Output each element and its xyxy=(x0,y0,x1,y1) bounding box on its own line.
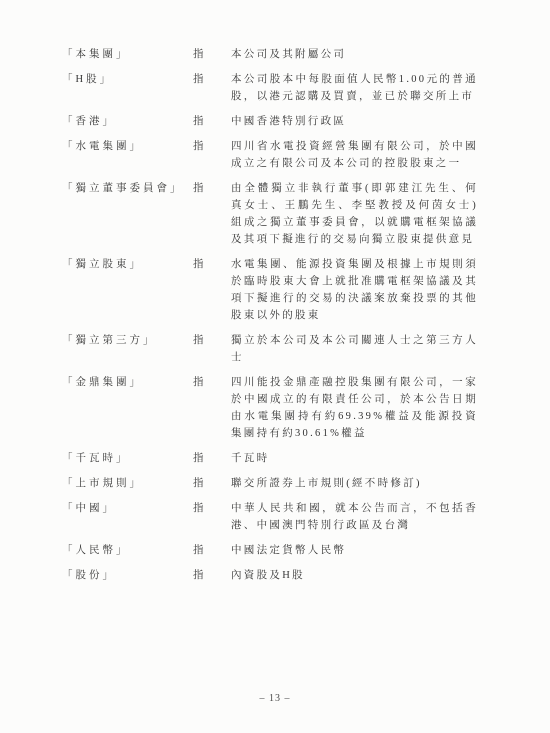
definition-term: 「香港」 xyxy=(62,113,193,130)
definition-text: 聯交所證券上市規則(經不時修訂) xyxy=(231,475,478,492)
definition-connector: 指 xyxy=(193,46,231,63)
definition-entry: 「H股」 指 本公司股本中每股面值人民幣1.00元的普通股，以港元認購及買賣，並… xyxy=(62,71,478,105)
definition-entry: 「上市規則」 指 聯交所證券上市規則(經不時修訂) xyxy=(62,475,478,492)
definition-entry: 「獨立董事委員會」 指 由全體獨立非執行董事(即郭建江先生、何真女士、王鵬先生、… xyxy=(62,180,478,248)
definition-term: 「人民幣」 xyxy=(62,542,193,559)
definition-connector: 指 xyxy=(193,475,231,492)
definition-entry: 「水電集團」 指 四川省水電投資經營集團有限公司，於中國成立之有限公司及本公司的… xyxy=(62,138,478,172)
definition-term: 「本集團」 xyxy=(62,46,193,63)
definition-term: 「股份」 xyxy=(62,567,193,584)
definition-term: 「上市規則」 xyxy=(62,475,193,492)
definition-text: 四川能投金鼎產融控股集團有限公司，一家於中國成立的有限責任公司，於本公告日期由水… xyxy=(231,374,478,442)
definition-term: 「中國」 xyxy=(62,500,193,534)
definition-text: 內資股及H股 xyxy=(231,567,478,584)
definition-term: 「水電集團」 xyxy=(62,138,193,172)
definition-entry: 「中國」 指 中華人民共和國，就本公告而言，不包括香港、中國澳門特別行政區及台灣 xyxy=(62,500,478,534)
definition-connector: 指 xyxy=(193,500,231,534)
definition-text: 獨立於本公司及本公司關連人士之第三方人士 xyxy=(231,332,478,366)
definition-entry: 「金鼎集團」 指 四川能投金鼎產融控股集團有限公司，一家於中國成立的有限責任公司… xyxy=(62,374,478,442)
definition-connector: 指 xyxy=(193,256,231,324)
definition-connector: 指 xyxy=(193,374,231,442)
definition-connector: 指 xyxy=(193,450,231,467)
definition-connector: 指 xyxy=(193,113,231,130)
definition-entry: 「香港」 指 中國香港特別行政區 xyxy=(62,113,478,130)
definition-connector: 指 xyxy=(193,542,231,559)
definition-text: 中國香港特別行政區 xyxy=(231,113,478,130)
definition-entry: 「獨立股東」 指 水電集團、能源投資集團及根據上市規則須於臨時股東大會上就批准購… xyxy=(62,256,478,324)
definition-connector: 指 xyxy=(193,180,231,248)
definition-text: 本公司及其附屬公司 xyxy=(231,46,478,63)
definition-entry: 「人民幣」 指 中國法定貨幣人民幣 xyxy=(62,542,478,559)
definition-text: 由全體獨立非執行董事(即郭建江先生、何真女士、王鵬先生、李堅教授及何茵女士)組成… xyxy=(231,180,478,248)
page-number: – 13 – xyxy=(0,693,550,704)
definition-term: 「H股」 xyxy=(62,71,193,105)
definition-connector: 指 xyxy=(193,71,231,105)
definition-text: 本公司股本中每股面值人民幣1.00元的普通股，以港元認購及買賣，並已於聯交所上市 xyxy=(231,71,478,105)
document-page: 「本集團」 指 本公司及其附屬公司 「H股」 指 本公司股本中每股面值人民幣1.… xyxy=(0,0,550,733)
definitions-list: 「本集團」 指 本公司及其附屬公司 「H股」 指 本公司股本中每股面值人民幣1.… xyxy=(62,46,478,592)
definition-entry: 「本集團」 指 本公司及其附屬公司 xyxy=(62,46,478,63)
definition-term: 「金鼎集團」 xyxy=(62,374,193,442)
definition-connector: 指 xyxy=(193,138,231,172)
definition-connector: 指 xyxy=(193,332,231,366)
definition-text: 中華人民共和國，就本公告而言，不包括香港、中國澳門特別行政區及台灣 xyxy=(231,500,478,534)
definition-entry: 「股份」 指 內資股及H股 xyxy=(62,567,478,584)
definition-term: 「千瓦時」 xyxy=(62,450,193,467)
definition-term: 「獨立股東」 xyxy=(62,256,193,324)
definition-term: 「獨立董事委員會」 xyxy=(62,180,193,248)
definition-text: 四川省水電投資經營集團有限公司，於中國成立之有限公司及本公司的控股股東之一 xyxy=(231,138,478,172)
definition-entry: 「千瓦時」 指 千瓦時 xyxy=(62,450,478,467)
definition-text: 中國法定貨幣人民幣 xyxy=(231,542,478,559)
definition-term: 「獨立第三方」 xyxy=(62,332,193,366)
definition-entry: 「獨立第三方」 指 獨立於本公司及本公司關連人士之第三方人士 xyxy=(62,332,478,366)
definition-text: 水電集團、能源投資集團及根據上市規則須於臨時股東大會上就批准購電框架協議及其項下… xyxy=(231,256,478,324)
definition-connector: 指 xyxy=(193,567,231,584)
definition-text: 千瓦時 xyxy=(231,450,478,467)
